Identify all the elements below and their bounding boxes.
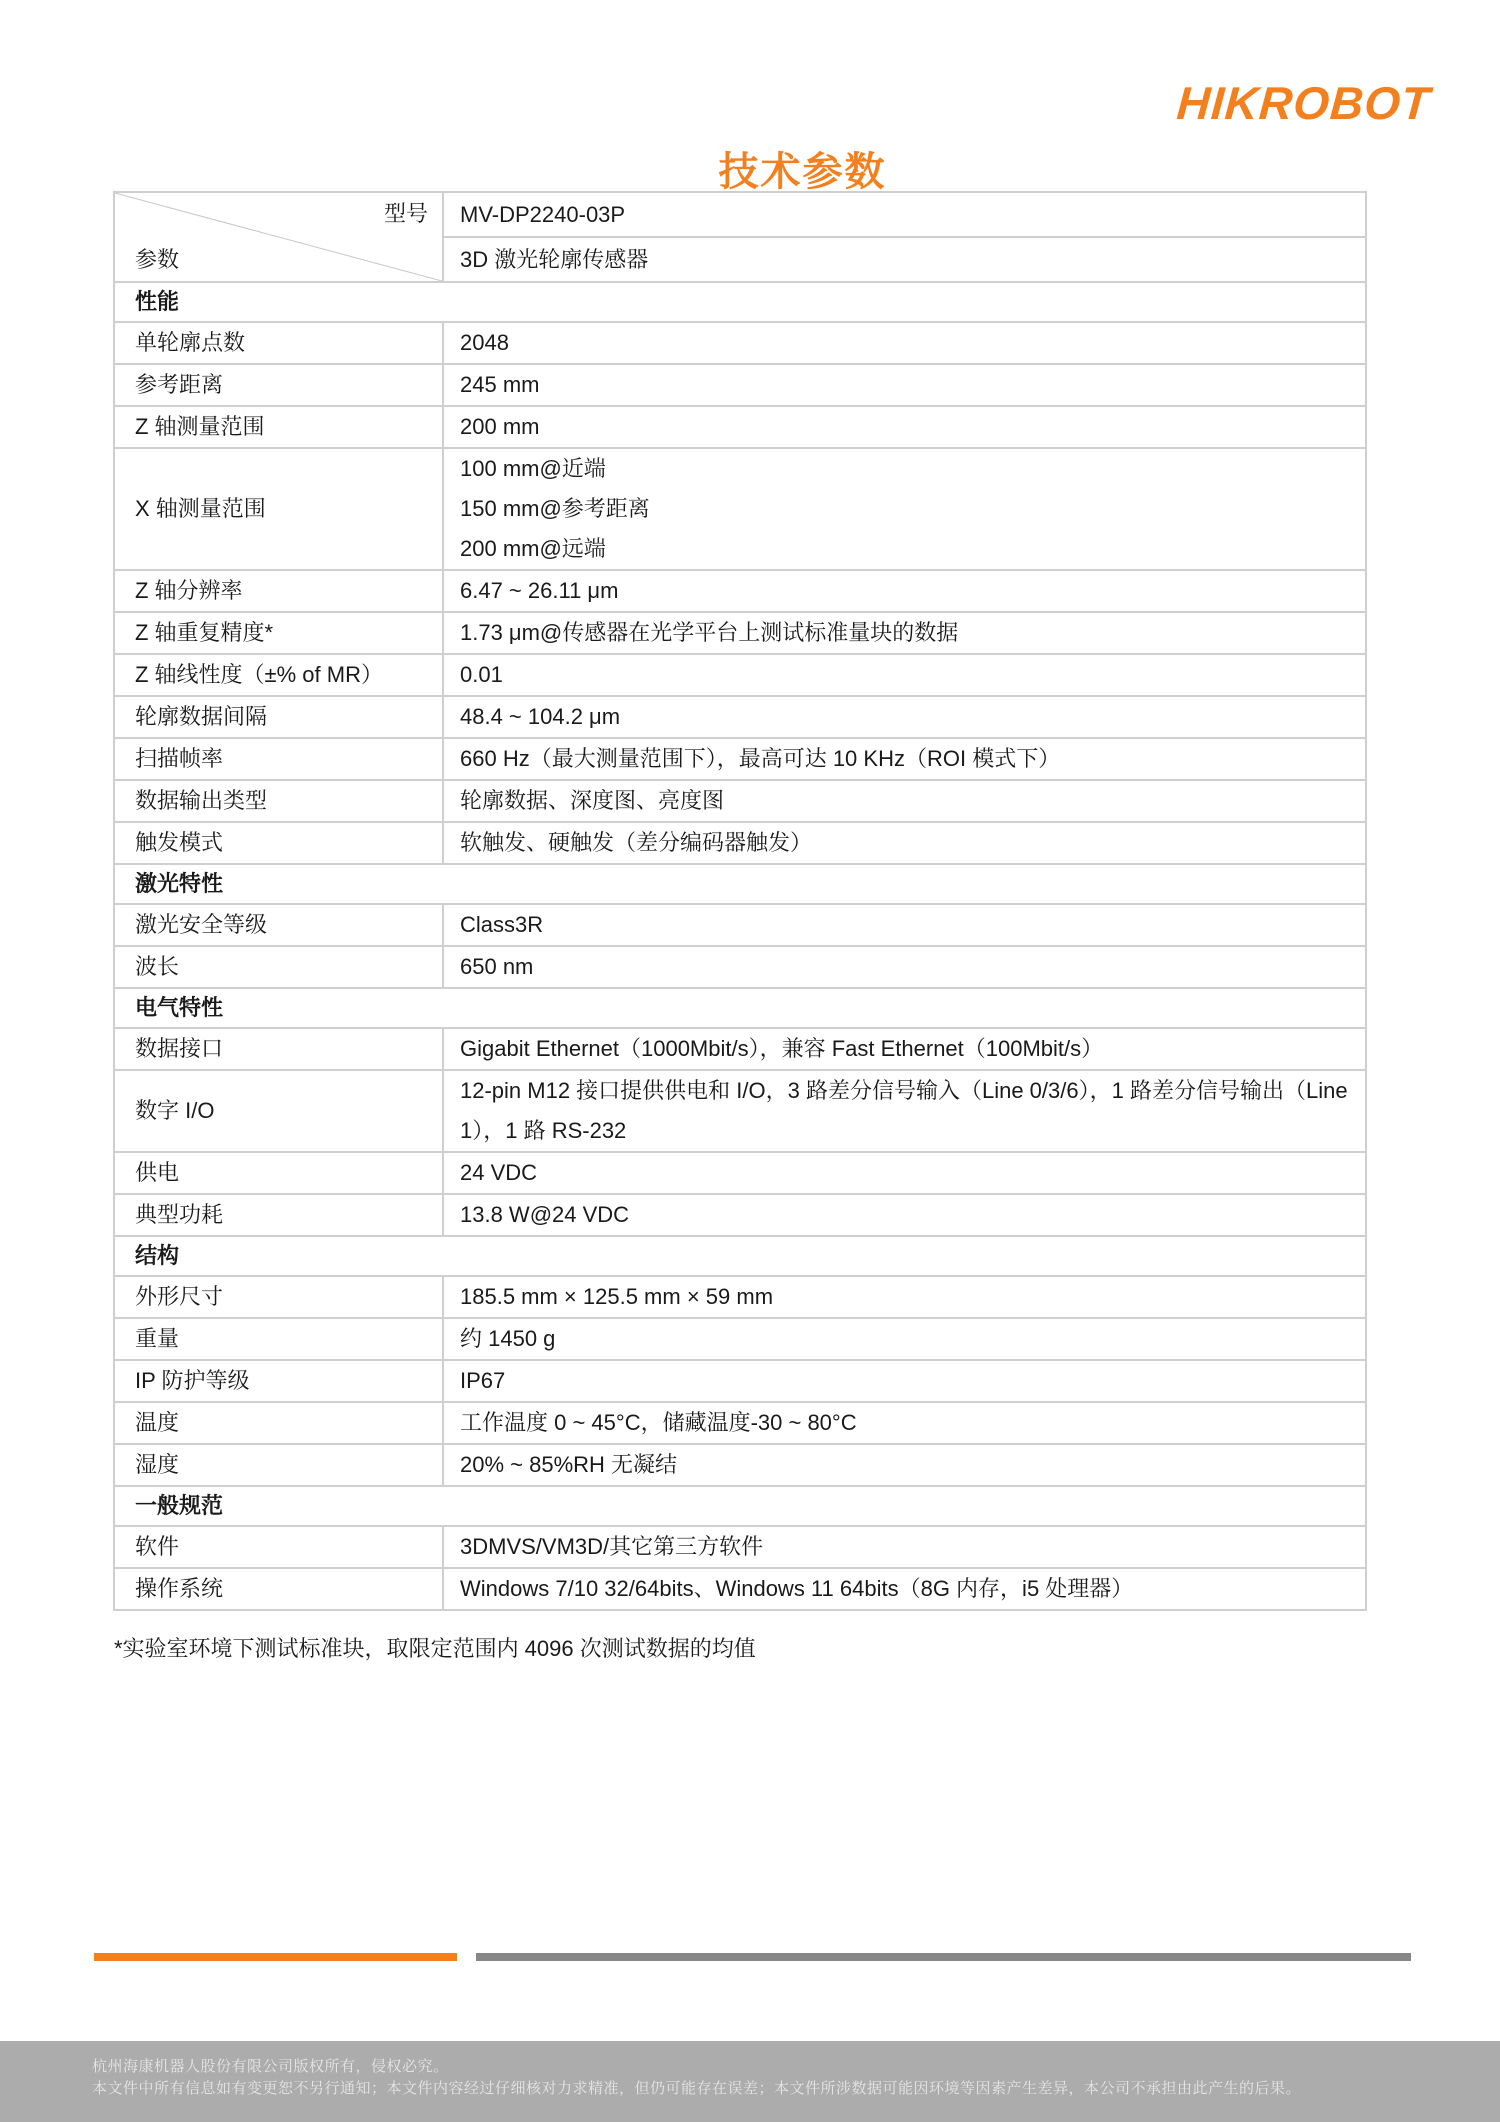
spec-value: 245 mm bbox=[444, 365, 1365, 405]
section-row: 激光特性 bbox=[115, 865, 1365, 903]
spec-row: 数字 I/O12-pin M12 接口提供供电和 I/O，3 路差分信号输入（L… bbox=[115, 1071, 1365, 1151]
spec-value: 13.8 W@24 VDC bbox=[444, 1195, 1365, 1235]
spec-table: 型号 参数 MV-DP2240-03P 3D 激光轮廓传感器 性能单轮廓点数20… bbox=[113, 191, 1367, 1611]
spec-value: 185.5 mm × 125.5 mm × 59 mm bbox=[444, 1277, 1365, 1317]
section-row: 性能 bbox=[115, 283, 1365, 321]
footer-copyright-line: 杭州海康机器人股份有限公司版权所有，侵权必究。 bbox=[92, 2056, 1500, 2078]
diagonal-header-cell: 型号 参数 bbox=[115, 193, 442, 281]
footnote: *实验室环境下测试标准块，取限定范围内 4096 次测试数据的均值 bbox=[114, 1632, 756, 1663]
spec-value: 轮廓数据、深度图、亮度图 bbox=[444, 781, 1365, 821]
spec-row: 单轮廓点数2048 bbox=[115, 323, 1365, 363]
spec-label: Z 轴测量范围 bbox=[115, 407, 442, 447]
spec-row: 波长650 nm bbox=[115, 947, 1365, 987]
section-title: 性能 bbox=[115, 283, 1365, 321]
spec-label: IP 防护等级 bbox=[115, 1361, 442, 1401]
section-row: 一般规范 bbox=[115, 1487, 1365, 1525]
section-title: 一般规范 bbox=[115, 1487, 1365, 1525]
spec-value: 20% ~ 85%RH 无凝结 bbox=[444, 1445, 1365, 1485]
spec-value: 12-pin M12 接口提供供电和 I/O，3 路差分信号输入（Line 0/… bbox=[444, 1071, 1365, 1151]
spec-value: 工作温度 0 ~ 45°C，储藏温度-30 ~ 80°C bbox=[444, 1403, 1365, 1443]
spec-value: 软触发、硬触发（差分编码器触发） bbox=[444, 823, 1365, 863]
spec-row: 湿度20% ~ 85%RH 无凝结 bbox=[115, 1445, 1365, 1485]
spec-value: Class3R bbox=[444, 905, 1365, 945]
datasheet-page: HIKROBOT 技术参数 型号 参数 MV-DP2240-03P bbox=[0, 0, 1500, 2122]
accent-bar-gray bbox=[476, 1953, 1411, 1961]
spec-value: 200 mm bbox=[444, 407, 1365, 447]
spec-row: Z 轴重复精度*1.73 μm@传感器在光学平台上测试标准量块的数据 bbox=[115, 613, 1365, 653]
spec-label: 扫描帧率 bbox=[115, 739, 442, 779]
spec-row: 典型功耗13.8 W@24 VDC bbox=[115, 1195, 1365, 1235]
footer: 杭州海康机器人股份有限公司版权所有，侵权必究。 本文件中所有信息如有变更恕不另行… bbox=[0, 2041, 1500, 2122]
spec-value: 0.01 bbox=[444, 655, 1365, 695]
spec-label: 重量 bbox=[115, 1319, 442, 1359]
product-value: 3D 激光轮廓传感器 bbox=[444, 238, 1365, 281]
spec-label: 触发模式 bbox=[115, 823, 442, 863]
spec-table-body: 型号 参数 MV-DP2240-03P 3D 激光轮廓传感器 性能单轮廓点数20… bbox=[115, 193, 1365, 1609]
header-row-model: 型号 参数 MV-DP2240-03P bbox=[115, 193, 1365, 236]
spec-label: 激光安全等级 bbox=[115, 905, 442, 945]
spec-label: 湿度 bbox=[115, 1445, 442, 1485]
spec-value: 3DMVS/VM3D/其它第三方软件 bbox=[444, 1527, 1365, 1567]
model-value: MV-DP2240-03P bbox=[444, 193, 1365, 236]
spec-value: IP67 bbox=[444, 1361, 1365, 1401]
spec-row: 软件3DMVS/VM3D/其它第三方软件 bbox=[115, 1527, 1365, 1567]
spec-value: 650 nm bbox=[444, 947, 1365, 987]
spec-value: 48.4 ~ 104.2 μm bbox=[444, 697, 1365, 737]
spec-value: 660 Hz（最大测量范围下），最高可达 10 KHz（ROI 模式下） bbox=[444, 739, 1365, 779]
spec-label: 单轮廓点数 bbox=[115, 323, 442, 363]
accent-bar-orange bbox=[94, 1953, 457, 1961]
model-header-label: 型号 bbox=[384, 193, 428, 235]
spec-label: 数字 I/O bbox=[115, 1071, 442, 1151]
spec-row: 数据接口Gigabit Ethernet（1000Mbit/s），兼容 Fast… bbox=[115, 1029, 1365, 1069]
spec-row: 温度工作温度 0 ~ 45°C，储藏温度-30 ~ 80°C bbox=[115, 1403, 1365, 1443]
spec-label: 外形尺寸 bbox=[115, 1277, 442, 1317]
spec-value: 100 mm@近端 150 mm@参考距离 200 mm@远端 bbox=[444, 449, 1365, 569]
param-header-label: 参数 bbox=[135, 239, 179, 281]
spec-value: 2048 bbox=[444, 323, 1365, 363]
spec-label: 典型功耗 bbox=[115, 1195, 442, 1235]
spec-value: 约 1450 g bbox=[444, 1319, 1365, 1359]
spec-value: 6.47 ~ 26.11 μm bbox=[444, 571, 1365, 611]
spec-label: Z 轴重复精度* bbox=[115, 613, 442, 653]
spec-row: 轮廓数据间隔48.4 ~ 104.2 μm bbox=[115, 697, 1365, 737]
spec-label: 温度 bbox=[115, 1403, 442, 1443]
spec-label: 数据输出类型 bbox=[115, 781, 442, 821]
spec-row: 扫描帧率660 Hz（最大测量范围下），最高可达 10 KHz（ROI 模式下） bbox=[115, 739, 1365, 779]
spec-value: 1.73 μm@传感器在光学平台上测试标准量块的数据 bbox=[444, 613, 1365, 653]
spec-row: 外形尺寸185.5 mm × 125.5 mm × 59 mm bbox=[115, 1277, 1365, 1317]
spec-label: 参考距离 bbox=[115, 365, 442, 405]
spec-label: 波长 bbox=[115, 947, 442, 987]
section-title: 电气特性 bbox=[115, 989, 1365, 1027]
spec-row: 数据输出类型轮廓数据、深度图、亮度图 bbox=[115, 781, 1365, 821]
spec-value: Windows 7/10 32/64bits、Windows 11 64bits… bbox=[444, 1569, 1365, 1609]
spec-row: IP 防护等级IP67 bbox=[115, 1361, 1365, 1401]
section-title: 结构 bbox=[115, 1237, 1365, 1275]
hikrobot-logo: HIKROBOT bbox=[1175, 76, 1432, 130]
spec-row: Z 轴测量范围200 mm bbox=[115, 407, 1365, 447]
spec-row: 重量约 1450 g bbox=[115, 1319, 1365, 1359]
spec-label: X 轴测量范围 bbox=[115, 449, 442, 569]
footer-disclaimer-line: 本文件中所有信息如有变更恕不另行通知；本文件内容经过仔细核对力求精准，但仍可能存… bbox=[92, 2078, 1500, 2100]
spec-label: 操作系统 bbox=[115, 1569, 442, 1609]
spec-value: 24 VDC bbox=[444, 1153, 1365, 1193]
spec-label: 轮廓数据间隔 bbox=[115, 697, 442, 737]
spec-label: Z 轴分辨率 bbox=[115, 571, 442, 611]
spec-row: 激光安全等级Class3R bbox=[115, 905, 1365, 945]
spec-label: 供电 bbox=[115, 1153, 442, 1193]
spec-row: Z 轴线性度（±% of MR）0.01 bbox=[115, 655, 1365, 695]
spec-row: 触发模式软触发、硬触发（差分编码器触发） bbox=[115, 823, 1365, 863]
spec-label: 数据接口 bbox=[115, 1029, 442, 1069]
section-row: 电气特性 bbox=[115, 989, 1365, 1027]
spec-row: 操作系统Windows 7/10 32/64bits、Windows 11 64… bbox=[115, 1569, 1365, 1609]
spec-row: Z 轴分辨率6.47 ~ 26.11 μm bbox=[115, 571, 1365, 611]
spec-row: 供电24 VDC bbox=[115, 1153, 1365, 1193]
spec-label: Z 轴线性度（±% of MR） bbox=[115, 655, 442, 695]
spec-row: 参考距离245 mm bbox=[115, 365, 1365, 405]
section-title: 激光特性 bbox=[115, 865, 1365, 903]
spec-row: X 轴测量范围100 mm@近端 150 mm@参考距离 200 mm@远端 bbox=[115, 449, 1365, 569]
page-title: 技术参数 bbox=[0, 140, 1500, 197]
section-row: 结构 bbox=[115, 1237, 1365, 1275]
spec-label: 软件 bbox=[115, 1527, 442, 1567]
spec-value: Gigabit Ethernet（1000Mbit/s），兼容 Fast Eth… bbox=[444, 1029, 1365, 1069]
